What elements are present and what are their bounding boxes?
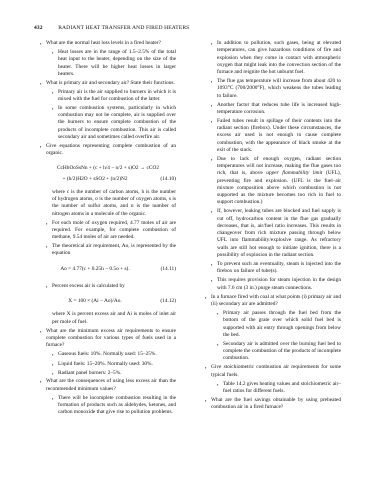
answer-item: Secondary air is admitted over the burni… [211, 341, 341, 363]
question-minimum-excess-air: What are the minimum excess air requirem… [40, 328, 176, 377]
question-stoichiometric-air: Give stoichiometric combustion air requi… [205, 364, 341, 395]
question-fuel-savings: What are the fuel savings obtainable by … [205, 397, 341, 412]
question-text: What are the consequences of using less … [46, 378, 176, 391]
equation-14-12: X = 100 × (Ai − Ao)/Ao. (14.12) [40, 298, 176, 305]
equation-number: (14.11) [150, 266, 176, 273]
question-text: What is primary air and secondary air? S… [46, 80, 175, 86]
equation-text: CcHhOoSsNn + (c + h/4 − o/2 + s)O2 → cCO… [40, 165, 176, 172]
equation-14-10-explanation: where c is the number of carbon atoms, h… [40, 189, 176, 218]
answer-item: For each mole of oxygen required, 4.77 m… [40, 220, 176, 242]
answer-item: If, however, leaking tubes are blocked a… [205, 208, 341, 259]
answer-item: In some combustion systems, particularly… [46, 105, 176, 141]
question-text: What are the normal heat loss levels in … [46, 40, 161, 46]
left-column: What are the normal heat loss levels in … [40, 40, 176, 418]
answer-item: Failed tubes result in spillage of their… [205, 118, 341, 154]
answer-item: Radiant panel burners: 2–5%. [46, 370, 176, 377]
equation-number: (14.12) [150, 298, 176, 305]
answer-item: Primary air passes through the fuel bed … [211, 310, 341, 339]
answer-item: Liquid fuels: 15–20%. Normally used: 30%… [46, 361, 176, 368]
question-text: What are the fuel savings obtainable by … [211, 397, 341, 410]
equation-14-10-line2: + (h/2)H2O + sSO2 + (n/2)N2 (14.10) [40, 176, 176, 183]
right-column: In addition to pollution, such gases, be… [205, 40, 341, 412]
equation-14-11: Ao = 4.77(c + 0.25h − 0.5o + s). (14.11) [40, 266, 176, 273]
answer-item: Another factor that reduces tube life is… [205, 102, 341, 117]
answer-item: Table 14.2 gives heating values and stoi… [211, 381, 341, 396]
equation-14-10-line1: CcHhOoSsNn + (c + h/4 − o/2 + s)O2 → cCO… [40, 165, 176, 172]
emphasis-term: upper flammability limit [266, 170, 322, 176]
answer-item: Heat losses are in the range of 1.5–2.5%… [46, 49, 176, 78]
answer-item: To prevent such an eventuality, steam is… [205, 261, 341, 276]
page-number: 432 [34, 25, 43, 31]
equation-14-12-explanation: where X is percent excess air and Ai is … [40, 311, 176, 326]
question-coal-furnace-air: In a furnace fired with coal at what poi… [205, 294, 341, 363]
answer-item: The theoretical air requirement, Ao, is … [40, 243, 176, 258]
running-title: RADIANT HEAT TRANSFER AND FIRED HEATERS [58, 25, 189, 31]
equation-text: X = 100 × (Ai − Ao)/Ao. [40, 298, 150, 305]
question-text: What are the minimum excess air requirem… [46, 328, 176, 349]
equation-number: (14.10) [150, 176, 176, 183]
question-primary-secondary-air: What is primary air and secondary air? S… [40, 80, 176, 142]
answer-item: Gaseous fuels: 10%. Normally used: 15–25… [46, 351, 176, 358]
equation-text: + (h/2)H2O + sSO2 + (n/2)N2 [40, 176, 150, 183]
answer-item: There will be incomplete combustion resu… [46, 395, 176, 417]
answer-item: Primary air is the air supplied to burne… [46, 89, 176, 104]
question-text: In a furnace fired with coal at what poi… [211, 294, 341, 307]
answer-item: In addition to pollution, such gases, be… [205, 40, 341, 76]
answer-item-ufl: Due to lack of enough oxygen, radiant se… [205, 156, 341, 207]
equation-text: Ao = 4.77(c + 0.25h − 0.5o + s). [40, 266, 150, 273]
question-heat-loss: What are the normal heat loss levels in … [40, 40, 176, 78]
answer-item: Percent excess air is calculated by [40, 283, 176, 290]
question-text: Give stoichiometric combustion air requi… [211, 364, 341, 377]
question-combustion-equations: Give equations representing complete com… [40, 143, 176, 158]
question-text: Give equations representing complete com… [46, 143, 176, 156]
answer-item: The flue gas temperature will increase f… [205, 78, 341, 100]
question-less-excess-air: What are the consequences of using less … [40, 378, 176, 416]
running-header: 432 RADIANT HEAT TRANSFER AND FIRED HEAT… [34, 25, 189, 31]
answer-item: This requires provision for steam inject… [205, 277, 341, 292]
